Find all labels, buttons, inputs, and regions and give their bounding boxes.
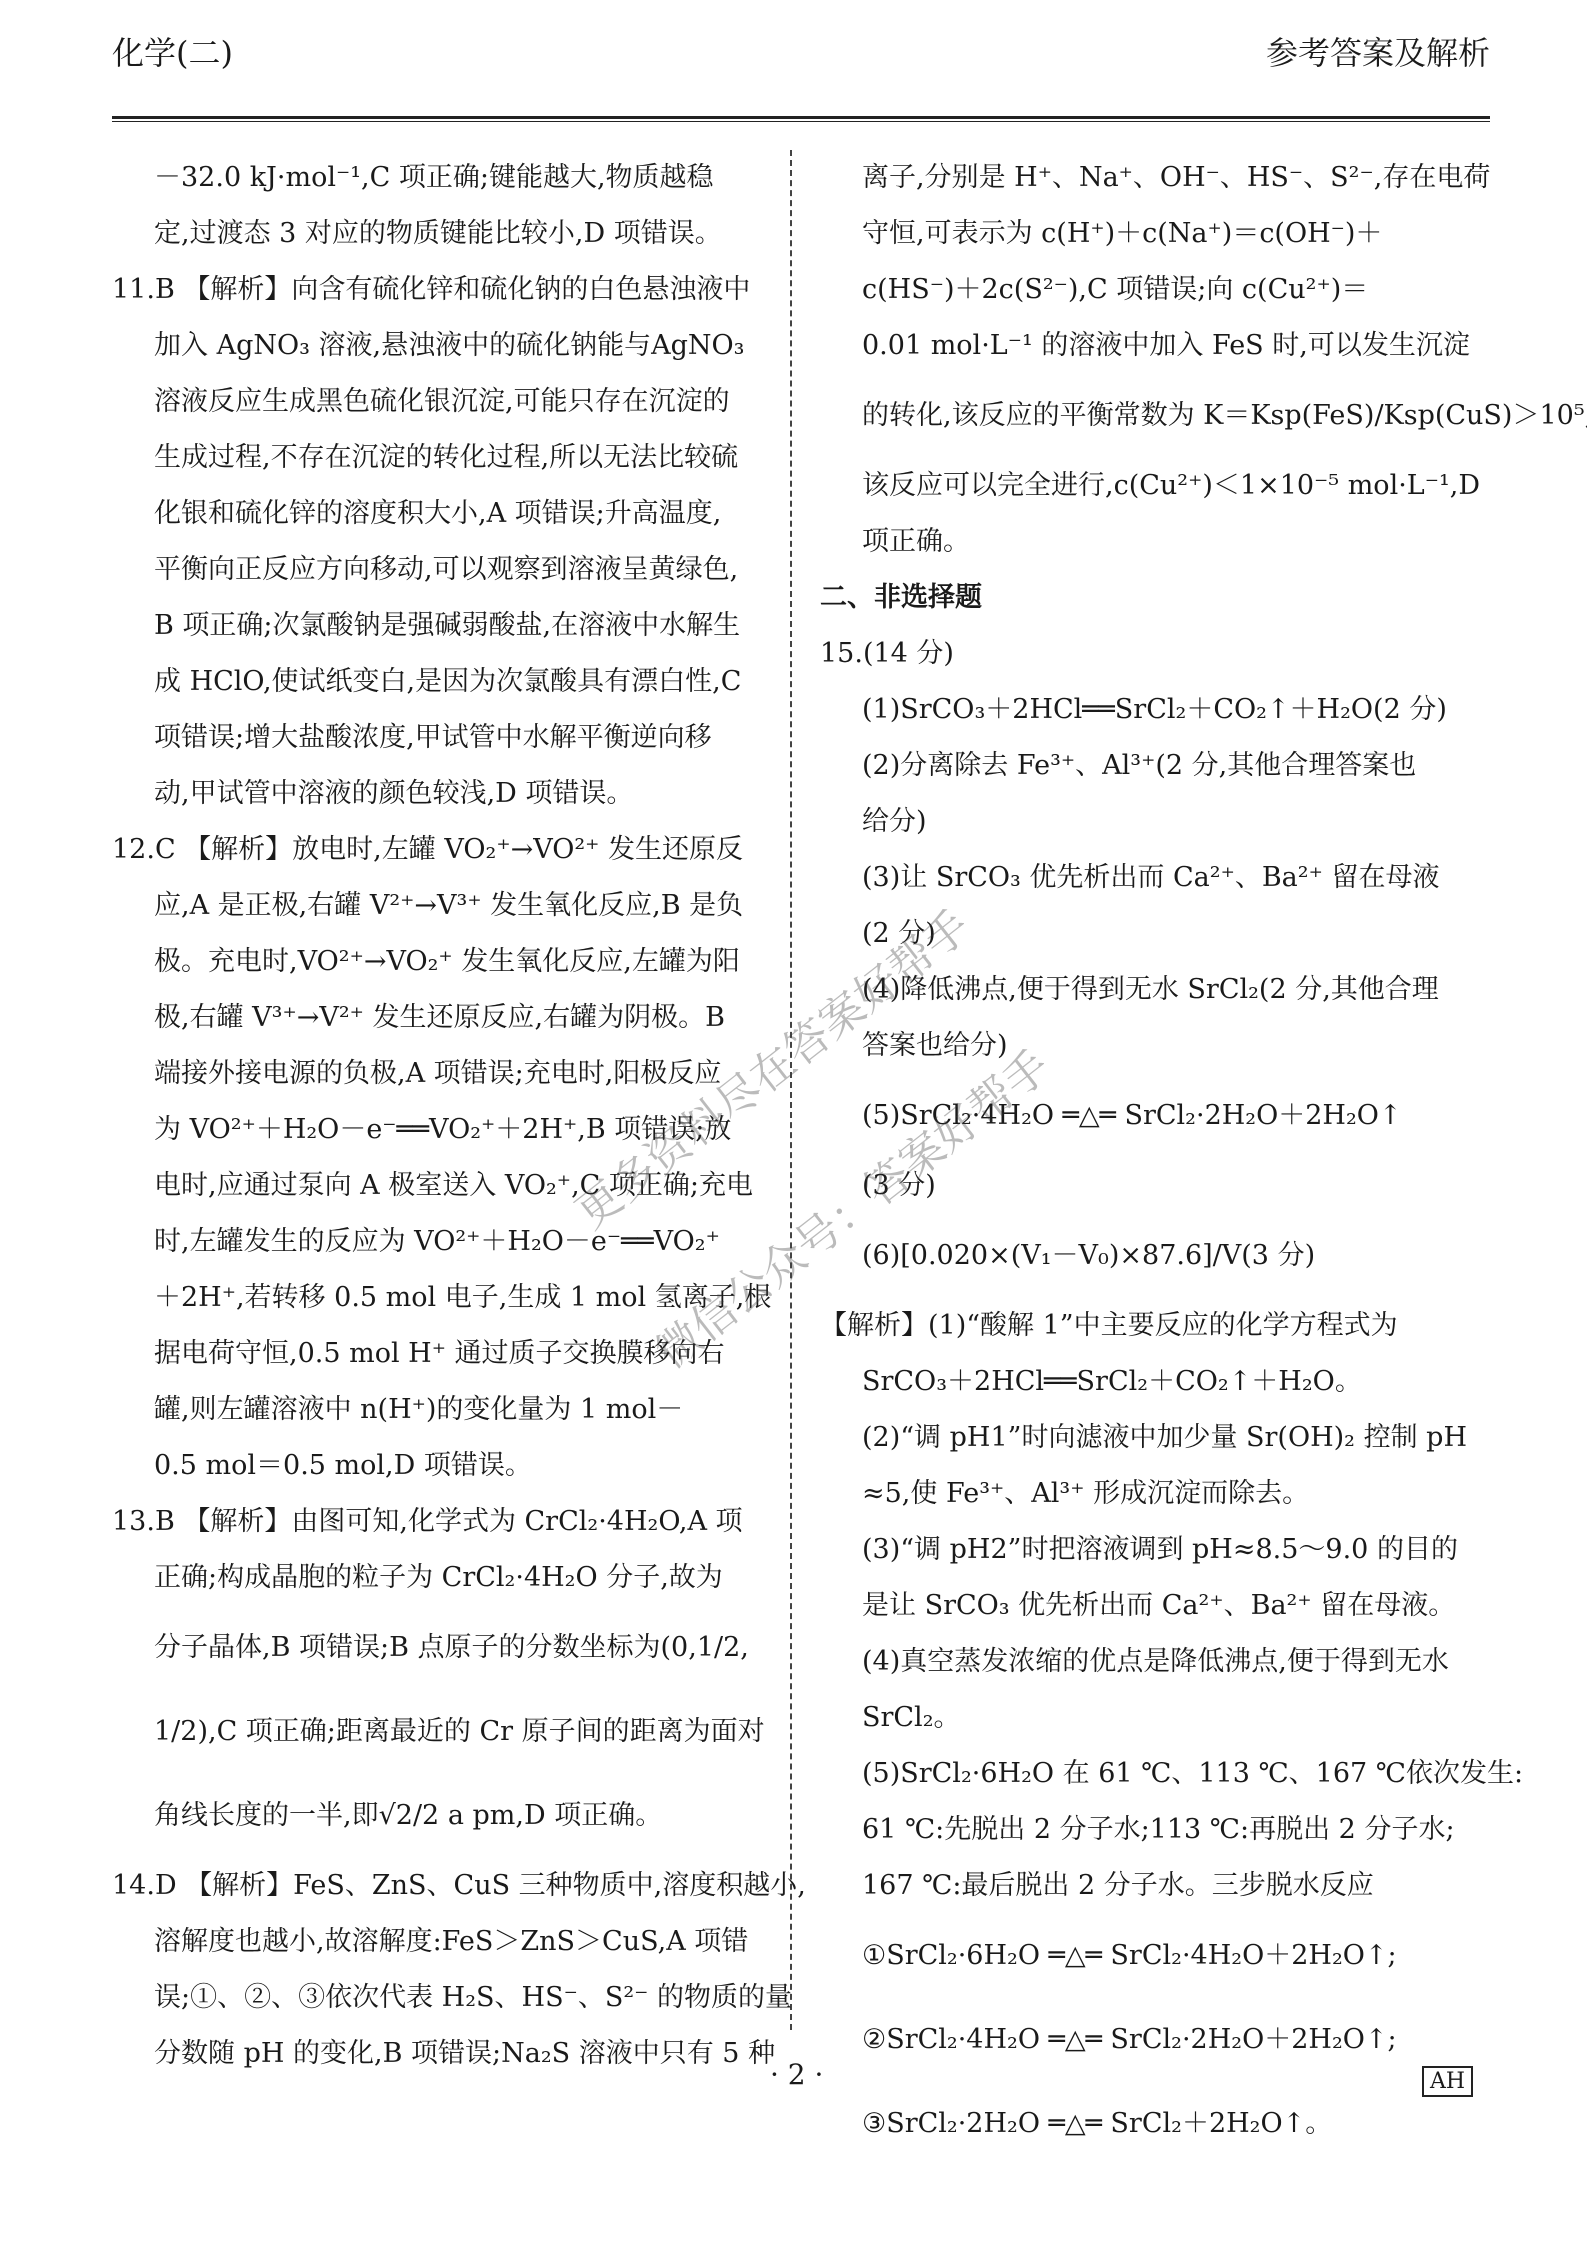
text-line: 电时,应通过泵向 A 极室送入 VO₂⁺,C 项正确;充电 — [112, 1158, 772, 1214]
text-line: 极。充电时,VO²⁺→VO₂⁺ 发生氧化反应,左罐为阳 — [112, 934, 772, 990]
edition-code-badge: AH — [1422, 2066, 1473, 2097]
text-line: 61 ℃:先脱出 2 分子水;113 ℃:再脱出 2 分子水; — [820, 1802, 1490, 1858]
answer-12-heading: 12.C 【解析】放电时,左罐 VO₂⁺→VO²⁺ 发生还原反 — [112, 822, 772, 878]
text-line: 罐,则左罐溶液中 n(H⁺)的变化量为 1 mol－ — [112, 1382, 772, 1438]
text-line: SrCO₃＋2HCl══SrCl₂＋CO₂↑＋H₂O。 — [820, 1354, 1490, 1410]
reaction-step-3: ③SrCl₂·2H₂O ═△═ SrCl₂＋2H₂O↑。 — [820, 2082, 1490, 2166]
text-line: SrCl₂。 — [820, 1690, 1490, 1746]
section-heading-non-choice: 二、非选择题 — [820, 570, 1490, 626]
column-divider — [790, 150, 792, 2030]
text-line: (2)“调 pH1”时向滤液中加少量 Sr(OH)₂ 控制 pH — [820, 1410, 1490, 1466]
text-line: c(HS⁻)＋2c(S²⁻),C 项错误;向 c(Cu²⁺)＝ — [820, 262, 1490, 318]
text-line: 溶解度也越小,故溶解度:FeS＞ZnS＞CuS,A 项错 — [112, 1914, 772, 1970]
reaction-step-2: ②SrCl₂·4H₂O ═△═ SrCl₂·2H₂O＋2H₂O↑; — [820, 1998, 1490, 2082]
answer-14-heading: 14.D 【解析】FeS、ZnS、CuS 三种物质中,溶度积越小, — [112, 1858, 772, 1914]
analysis-heading: 【解析】(1)“酸解 1”中主要反应的化学方程式为 — [820, 1298, 1490, 1354]
text-line: 生成过程,不存在沉淀的转化过程,所以无法比较硫 — [112, 430, 772, 486]
text-line: 成 HClO,使试纸变白,是因为次氯酸具有漂白性,C — [112, 654, 772, 710]
text-line: 项正确。 — [820, 514, 1490, 570]
text-line: 167 ℃:最后脱出 2 分子水。三步脱水反应 — [820, 1858, 1490, 1914]
text-line: 端接外接电源的负极,A 项错误;充电时,阳极反应 — [112, 1046, 772, 1102]
text-line: 给分) — [820, 794, 1490, 850]
text-line: (3 分) — [820, 1158, 1490, 1214]
text-line: 应,A 是正极,右罐 V²⁺→V³⁺ 发生氧化反应,B 是负 — [112, 878, 772, 934]
text-line: 加入 AgNO₃ 溶液,悬浊液中的硫化钠能与AgNO₃ — [112, 318, 772, 374]
page-header: 化学(二) 参考答案及解析 — [112, 28, 1490, 92]
text-line: 守恒,可表示为 c(H⁺)＋c(Na⁺)＝c(OH⁻)＋ — [820, 206, 1490, 262]
answer-part-4: (4)降低沸点,便于得到无水 SrCl₂(2 分,其他合理 — [820, 962, 1490, 1018]
answer-part-1: (1)SrCO₃＋2HCl══SrCl₂＋CO₂↑＋H₂O(2 分) — [820, 682, 1490, 738]
text-line: －32.0 kJ·mol⁻¹,C 项正确;键能越大,物质越稳 — [112, 150, 772, 206]
text-line: 溶液反应生成黑色硫化银沉淀,可能只存在沉淀的 — [112, 374, 772, 430]
right-column: 离子,分别是 H⁺、Na⁺、OH⁻、HS⁻、S²⁻,存在电荷 守恒,可表示为 c… — [820, 150, 1490, 2166]
subject-title: 化学(二) — [112, 28, 233, 74]
left-column: －32.0 kJ·mol⁻¹,C 项正确;键能越大,物质越稳 定,过渡态 3 对… — [112, 150, 772, 2082]
question-15-heading: 15.(14 分) — [820, 626, 1490, 682]
answer-part-3: (3)让 SrCO₃ 优先析出而 Ca²⁺、Ba²⁺ 留在母液 — [820, 850, 1490, 906]
text-line: 平衡向正反应方向移动,可以观察到溶液呈黄绿色, — [112, 542, 772, 598]
text-line: 答案也给分) — [820, 1018, 1490, 1074]
answer-11-heading: 11.B 【解析】向含有硫化锌和硫化钠的白色悬浊液中 — [112, 262, 772, 318]
text-line: (2 分) — [820, 906, 1490, 962]
reaction-step-1: ①SrCl₂·6H₂O ═△═ SrCl₂·4H₂O＋2H₂O↑; — [820, 1914, 1490, 1998]
text-line: 动,甲试管中溶液的颜色较浅,D 项错误。 — [112, 766, 772, 822]
text-line: ＋2H⁺,若转移 0.5 mol 电子,生成 1 mol 氢离子,根 — [112, 1270, 772, 1326]
equilibrium-constant-line: 的转化,该反应的平衡常数为 K＝Ksp(FeS)/Ksp(CuS)＞10⁵,因此 — [820, 374, 1490, 458]
text-line: 离子,分别是 H⁺、Na⁺、OH⁻、HS⁻、S²⁻,存在电荷 — [820, 150, 1490, 206]
text-line: 为 VO²⁺＋H₂O－e⁻══VO₂⁺＋2H⁺,B 项错误;放 — [112, 1102, 772, 1158]
text-line: (5)SrCl₂·6H₂O 在 61 ℃、113 ℃、167 ℃依次发生: — [820, 1746, 1490, 1802]
text-line: 分数随 pH 的变化,B 项错误;Na₂S 溶液中只有 5 种 — [112, 2026, 772, 2082]
text-line: 极,右罐 V³⁺→V²⁺ 发生还原反应,右罐为阴极。B — [112, 990, 772, 1046]
text-line: 误;①、②、③依次代表 H₂S、HS⁻、S²⁻ 的物质的量 — [112, 1970, 772, 2026]
answer-part-6: (6)[0.020×(V₁－V₀)×87.6]/V(3 分) — [820, 1214, 1490, 1298]
text-line: 定,过渡态 3 对应的物质键能比较小,D 项错误。 — [112, 206, 772, 262]
text-line: 该反应可以完全进行,c(Cu²⁺)＜1×10⁻⁵ mol·L⁻¹,D — [820, 458, 1490, 514]
header-double-rule — [112, 116, 1490, 122]
page-number: · 2 · — [770, 2058, 823, 2091]
answer-13-heading: 13.B 【解析】由图可知,化学式为 CrCl₂·4H₂O,A 项 — [112, 1494, 772, 1550]
text-line: 0.01 mol·L⁻¹ 的溶液中加入 FeS 时,可以发生沉淀 — [820, 318, 1490, 374]
text-line: (3)“调 pH2”时把溶液调到 pH≈8.5～9.0 的目的 — [820, 1522, 1490, 1578]
text-line: 分子晶体,B 项错误;B 点原子的分数坐标为(0,1/2, — [112, 1606, 772, 1690]
text-line: 据电荷守恒,0.5 mol H⁺ 通过质子交换膜移向右 — [112, 1326, 772, 1382]
section-title: 参考答案及解析 — [1266, 28, 1490, 74]
text-line: 正确;构成晶胞的粒子为 CrCl₂·4H₂O 分子,故为 — [112, 1550, 772, 1606]
answer-part-2: (2)分离除去 Fe³⁺、Al³⁺(2 分,其他合理答案也 — [820, 738, 1490, 794]
text-line: 1/2),C 项正确;距离最近的 Cr 原子间的距离为面对 — [112, 1690, 772, 1774]
text-line: ≈5,使 Fe³⁺、Al³⁺ 形成沉淀而除去。 — [820, 1466, 1490, 1522]
text-line: 时,左罐发生的反应为 VO²⁺＋H₂O－e⁻══VO₂⁺ — [112, 1214, 772, 1270]
text-line: (4)真空蒸发浓缩的优点是降低沸点,便于得到无水 — [820, 1634, 1490, 1690]
text-line: B 项正确;次氯酸钠是强碱弱酸盐,在溶液中水解生 — [112, 598, 772, 654]
text-line: 角线长度的一半,即√2/2 a pm,D 项正确。 — [112, 1774, 772, 1858]
text-line: 0.5 mol＝0.5 mol,D 项错误。 — [112, 1438, 772, 1494]
text-line: 化银和硫化锌的溶度积大小,A 项错误;升高温度, — [112, 486, 772, 542]
text-line: 是让 SrCO₃ 优先析出而 Ca²⁺、Ba²⁺ 留在母液。 — [820, 1578, 1490, 1634]
answer-part-5: (5)SrCl₂·4H₂O ═△═ SrCl₂·2H₂O＋2H₂O↑ — [820, 1074, 1490, 1158]
text-line: 项错误;增大盐酸浓度,甲试管中水解平衡逆向移 — [112, 710, 772, 766]
